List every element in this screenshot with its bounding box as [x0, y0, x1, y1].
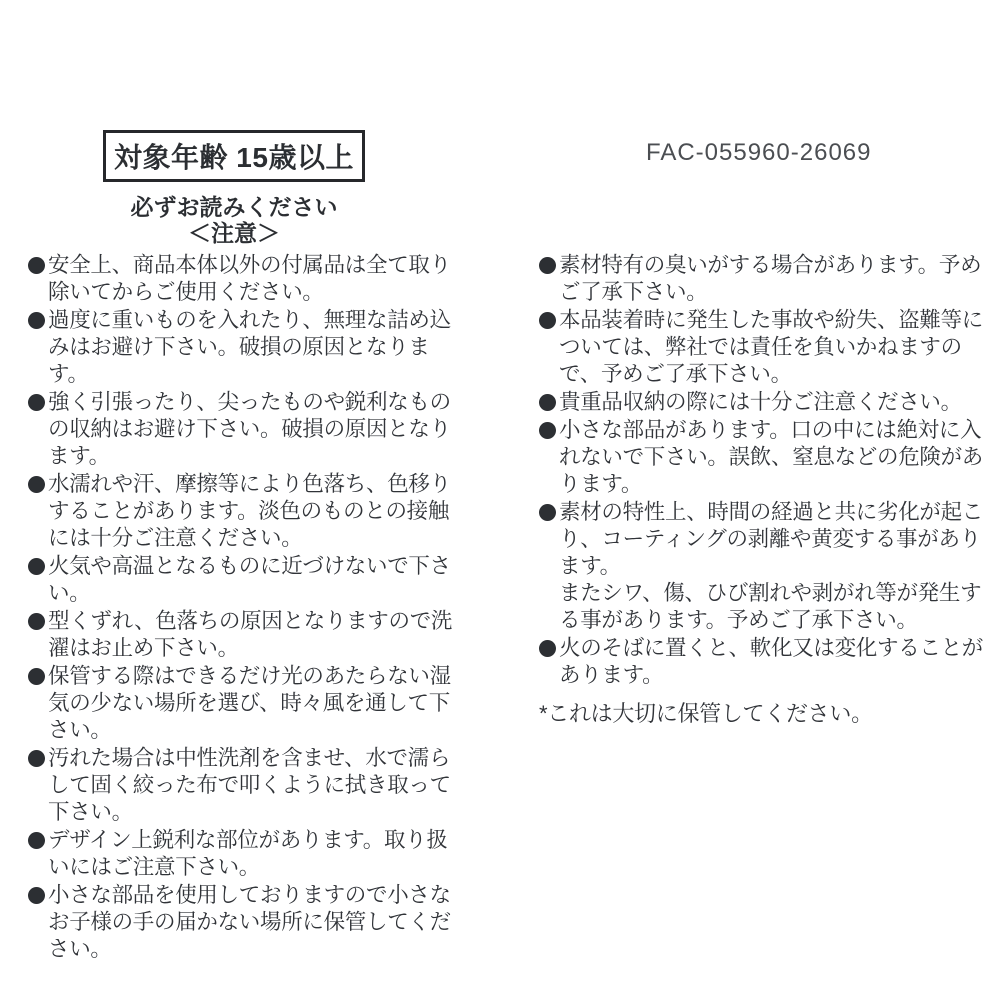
caution-title: ＜注意＞	[103, 215, 365, 248]
bullet-icon	[539, 394, 556, 411]
target-age-box: 対象年齢 15歳以上	[103, 130, 365, 182]
bullet-icon	[539, 640, 556, 657]
bullet-icon	[28, 750, 45, 767]
caution-item-text: 安全上、商品本体以外の付属品は全て取り除いてからご使用ください。	[48, 252, 465, 306]
caution-list-left: 安全上、商品本体以外の付属品は全て取り除いてからご使用ください。 過度に重いもの…	[28, 252, 465, 964]
caution-item-text: 火のそばに置くと、軟化又は変化することがあります。	[559, 635, 989, 689]
caution-item-text: 保管する際はできるだけ光のあたらない湿気の少ない場所を選び、時々風を通して下さい…	[48, 663, 465, 744]
caution-item: 過度に重いものを入れたり、無理な詰め込みはお避け下さい。破損の原因となります。	[28, 307, 465, 388]
bullet-icon	[28, 668, 45, 685]
bullet-icon	[28, 257, 45, 274]
caution-item: 小さな部品があります。口の中には絶対に入れないで下さい。誤飲、窒息などの危険があ…	[539, 417, 989, 498]
caution-item: 火のそばに置くと、軟化又は変化することがあります。	[539, 635, 989, 689]
caution-item: 素材の特性上、時間の経過と共に劣化が起こり、コーティングの剥離や黄変する事があり…	[539, 499, 989, 634]
caution-item-text: 強く引張ったり、尖ったものや鋭利なものの収納はお避け下さい。破損の原因となります…	[48, 389, 465, 470]
bullet-icon	[539, 422, 556, 439]
bullet-icon	[28, 887, 45, 904]
bullet-icon	[539, 312, 556, 329]
caution-item: 強く引張ったり、尖ったものや鋭利なものの収納はお避け下さい。破損の原因となります…	[28, 389, 465, 470]
keep-safe-note: *これは大切に保管してください。	[539, 700, 989, 728]
caution-item: 型くずれ、色落ちの原因となりますので洗濯はお止め下さい。	[28, 608, 465, 662]
caution-item-text: 小さな部品を使用しておりますので小さなお子様の手の届かない場所に保管してください…	[48, 882, 465, 963]
caution-item: 水濡れや汗、摩擦等により色落ち、色移りすることがあります。淡色のものとの接触には…	[28, 471, 465, 552]
caution-item: 貴重品収納の際には十分ご注意ください。	[539, 389, 989, 416]
caution-item-text: 貴重品収納の際には十分ご注意ください。	[559, 389, 989, 416]
bullet-icon	[28, 832, 45, 849]
bullet-icon	[28, 476, 45, 493]
bullet-icon	[28, 312, 45, 329]
caution-item: 小さな部品を使用しておりますので小さなお子様の手の届かない場所に保管してください…	[28, 882, 465, 963]
caution-item: 汚れた場合は中性洗剤を含ませ、水で濡らして固く絞った布で叩くように拭き取って下さ…	[28, 745, 465, 826]
caution-item-text: 型くずれ、色落ちの原因となりますので洗濯はお止め下さい。	[48, 608, 465, 662]
caution-label-page: 対象年齢 15歳以上 必ずお読みください ＜注意＞ FAC-055960-260…	[0, 0, 1000, 1000]
caution-item-text: 本品装着時に発生した事故や紛失、盗難等については、弊社では責任を負いかねますので…	[559, 307, 989, 388]
caution-item-text: 汚れた場合は中性洗剤を含ませ、水で濡らして固く絞った布で叩くように拭き取って下さ…	[48, 745, 465, 826]
caution-item-text: 素材の特性上、時間の経過と共に劣化が起こり、コーティングの剥離や黄変する事があり…	[559, 499, 989, 634]
caution-item: 保管する際はできるだけ光のあたらない湿気の少ない場所を選び、時々風を通して下さい…	[28, 663, 465, 744]
caution-item-text: 火気や高温となるものに近づけないで下さい。	[48, 553, 465, 607]
target-age-label: 対象年齢 15歳以上	[114, 136, 354, 176]
bullet-icon	[28, 613, 45, 630]
product-code: FAC-055960-26069	[646, 139, 871, 167]
caution-item-text: 過度に重いものを入れたり、無理な詰め込みはお避け下さい。破損の原因となります。	[48, 307, 465, 388]
bullet-icon	[28, 394, 45, 411]
caution-item-text: 小さな部品があります。口の中には絶対に入れないで下さい。誤飲、窒息などの危険があ…	[559, 417, 989, 498]
caution-item: 安全上、商品本体以外の付属品は全て取り除いてからご使用ください。	[28, 252, 465, 306]
caution-item: 本品装着時に発生した事故や紛失、盗難等については、弊社では責任を負いかねますので…	[539, 307, 989, 388]
bullet-icon	[539, 257, 556, 274]
caution-item-text: 水濡れや汗、摩擦等により色落ち、色移りすることがあります。淡色のものとの接触には…	[48, 471, 465, 552]
bullet-icon	[28, 558, 45, 575]
caution-item: 素材特有の臭いがする場合があります。予めご了承下さい。	[539, 252, 989, 306]
caution-item-text: 素材特有の臭いがする場合があります。予めご了承下さい。	[559, 252, 989, 306]
caution-item: 火気や高温となるものに近づけないで下さい。	[28, 553, 465, 607]
caution-item-text: デザイン上鋭利な部位があります。取り扱いにはご注意下さい。	[48, 827, 465, 881]
bullet-icon	[539, 504, 556, 521]
caution-item: デザイン上鋭利な部位があります。取り扱いにはご注意下さい。	[28, 827, 465, 881]
caution-list-right: 素材特有の臭いがする場合があります。予めご了承下さい。 本品装着時に発生した事故…	[539, 252, 989, 728]
